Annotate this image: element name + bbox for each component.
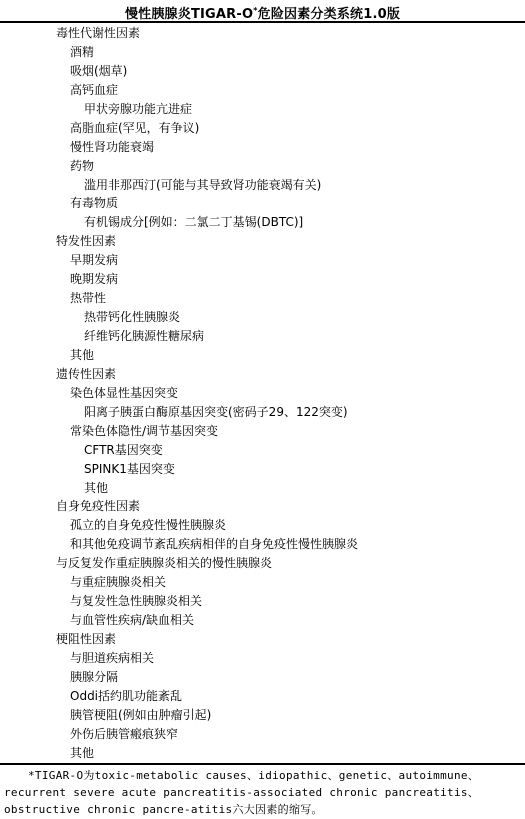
list-item: 其他 bbox=[0, 346, 525, 365]
list-item: 外伤后胰管瘢痕狭窄 bbox=[0, 725, 525, 744]
list-item: 其他 bbox=[0, 744, 525, 763]
list-subitem: 滥用非那西汀(可能与其导致肾功能衰竭有关) bbox=[0, 176, 525, 195]
title-suffix: 危险因素分类系统1.0版 bbox=[258, 7, 400, 22]
list-subitem: CFTR基因突变 bbox=[0, 441, 525, 460]
list-item: 早期发病 bbox=[0, 251, 525, 270]
category-idiopathic: 特发性因素 bbox=[0, 232, 525, 251]
footnote: *TIGAR-O为toxic-metabolic causes、idiopath… bbox=[4, 767, 522, 818]
list-item: 常染色体隐性/调节基因突变 bbox=[0, 422, 525, 441]
category-obstructive: 梗阻性因素 bbox=[0, 630, 525, 649]
risk-factor-list: 毒性代谢性因素 酒精 吸烟(烟草) 高钙血症 甲状旁腺功能亢进症 高脂血症(罕见… bbox=[0, 24, 525, 763]
category-genetic: 遗传性因素 bbox=[0, 365, 525, 384]
list-item: 吸烟(烟草) bbox=[0, 62, 525, 81]
list-item: 药物 bbox=[0, 157, 525, 176]
bottom-rule bbox=[0, 763, 525, 765]
list-item: 孤立的自身免疫性慢性胰腺炎 bbox=[0, 516, 525, 535]
category-autoimmune: 自身免疫性因素 bbox=[0, 497, 525, 516]
list-subitem: 纤维钙化胰源性糖尿病 bbox=[0, 327, 525, 346]
category-toxic-metabolic: 毒性代谢性因素 bbox=[0, 24, 525, 43]
category-recurrent-severe: 与反复发作重症胰腺炎相关的慢性胰腺炎 bbox=[0, 554, 525, 573]
list-subitem: 热带钙化性胰腺炎 bbox=[0, 308, 525, 327]
footnote-line-3: obstructive chronic pancre-atitis六大因素的缩写… bbox=[4, 801, 522, 818]
title-prefix: 慢性胰腺炎TIGAR-O bbox=[125, 7, 253, 22]
list-item: 染色体显性基因突变 bbox=[0, 384, 525, 403]
list-item: 慢性肾功能衰竭 bbox=[0, 138, 525, 157]
list-subitem: 阳离子胰蛋白酶原基因突变(密码子29、122突变) bbox=[0, 403, 525, 422]
list-item: 与复发性急性胰腺炎相关 bbox=[0, 592, 525, 611]
list-item: 胰管梗阻(例如由肿瘤引起) bbox=[0, 706, 525, 725]
list-subitem: SPINK1基因突变 bbox=[0, 460, 525, 479]
list-item: 与血管性疾病/缺血相关 bbox=[0, 611, 525, 630]
top-rule bbox=[0, 21, 525, 23]
list-item: Oddi括约肌功能紊乱 bbox=[0, 687, 525, 706]
footnote-line-1: *TIGAR-O为toxic-metabolic causes、idiopath… bbox=[4, 767, 522, 784]
list-subitem: 甲状旁腺功能亢进症 bbox=[0, 100, 525, 119]
list-item: 胰腺分隔 bbox=[0, 668, 525, 687]
list-item: 与胆道疾病相关 bbox=[0, 649, 525, 668]
list-item: 和其他免疫调节紊乱疾病相伴的自身免疫性慢性胰腺炎 bbox=[0, 535, 525, 554]
list-item: 高钙血症 bbox=[0, 81, 525, 100]
list-item: 高脂血症(罕见，有争议) bbox=[0, 119, 525, 138]
list-item: 有毒物质 bbox=[0, 194, 525, 213]
footnote-line-2: recurrent severe acute pancreatitis-asso… bbox=[4, 784, 522, 801]
list-item: 热带性 bbox=[0, 289, 525, 308]
list-item: 晚期发病 bbox=[0, 270, 525, 289]
list-item: 与重症胰腺炎相关 bbox=[0, 573, 525, 592]
list-subitem: 其他 bbox=[0, 479, 525, 498]
list-item: 酒精 bbox=[0, 43, 525, 62]
list-subitem: 有机锡成分[例如：二氯二丁基锡(DBTC)] bbox=[0, 213, 525, 232]
